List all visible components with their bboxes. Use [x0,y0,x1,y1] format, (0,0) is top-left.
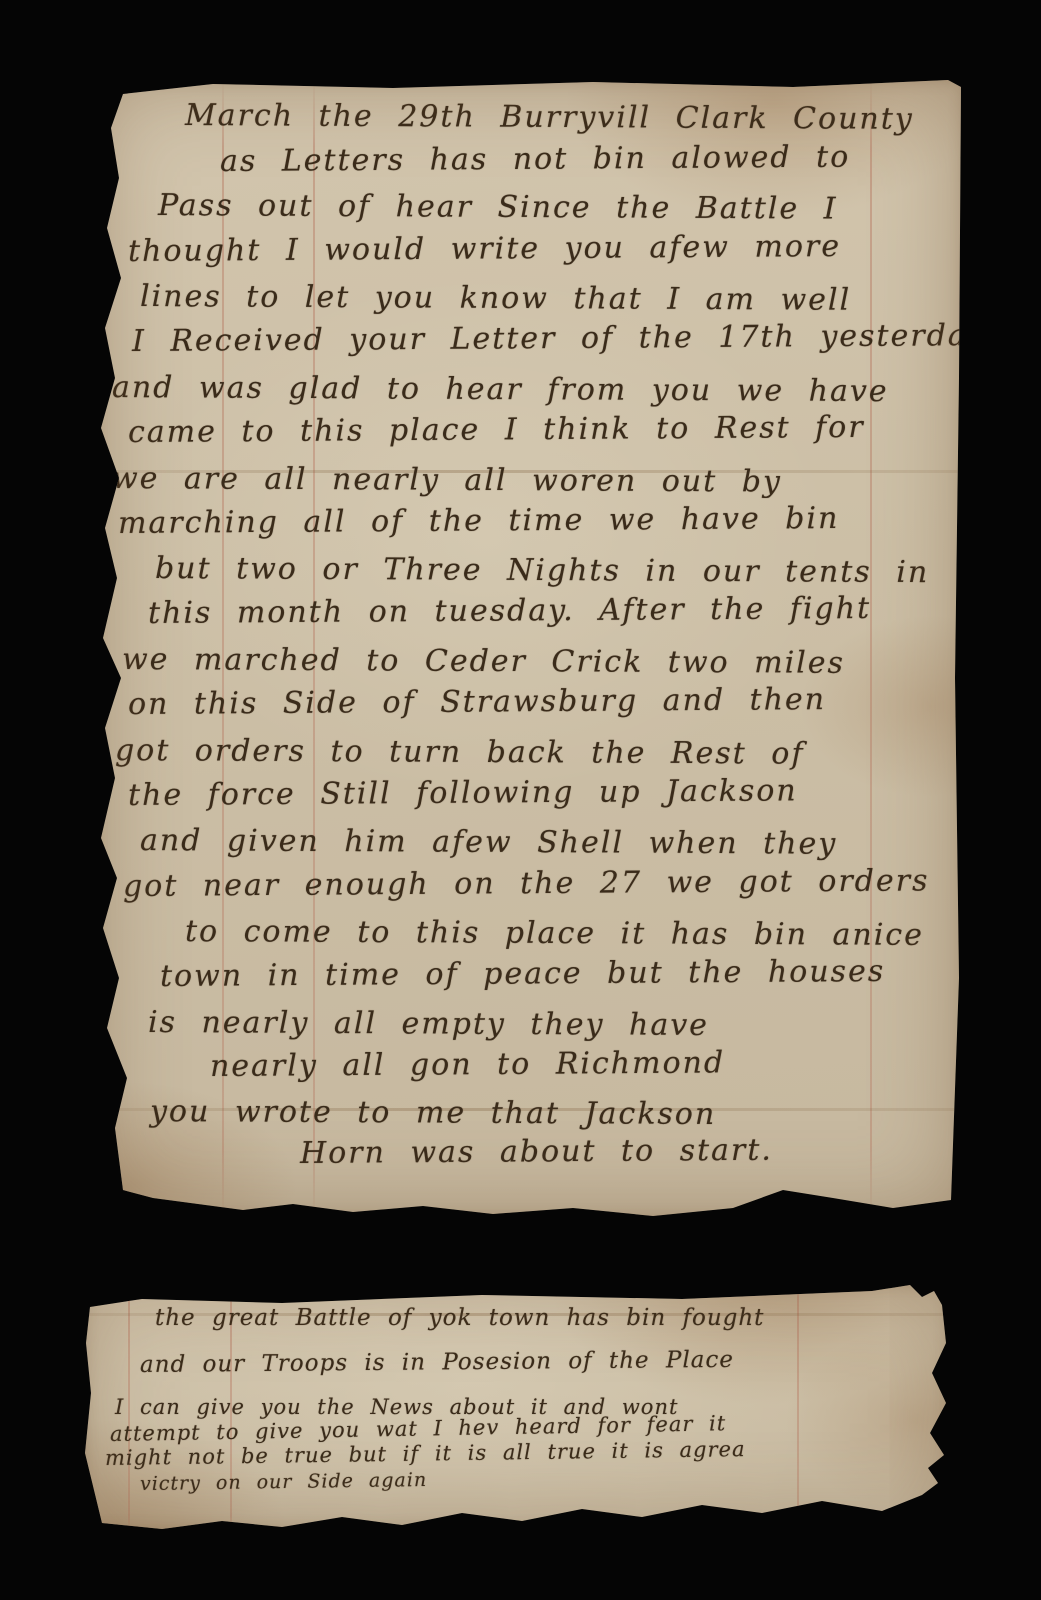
handwritten-line: on this Side of Strawsburg and then [128,682,826,722]
handwritten-line: thought I would write you afew more [128,229,841,269]
handwritten-line: to come to this place it has bin anice [185,914,924,953]
handwritten-line: victry on our Side again [140,1469,427,1495]
handwritten-line: we marched to Ceder Crick two miles [122,642,845,681]
handwritten-line: nearly all gon to Richmond [210,1045,725,1084]
handwritten-line: marching all of the time we have bin [118,501,840,541]
handwritten-line: I Received your Letter of the 17th yeste… [132,318,987,359]
handwritten-line: lines to let you know that I am well [140,279,851,318]
handwritten-line: and our Troops is in Posesion of the Pla… [140,1347,734,1378]
handwritten-line: Horn was about to start. [300,1133,773,1171]
handwritten-line: the force Still following up Jackson [128,773,798,813]
handwritten-line: got orders to turn back the Rest of [115,733,805,772]
handwritten-line: as Letters has not bin alowed to [220,140,850,179]
letter-sheet-main: March the 29th Burryvill Clark County as… [93,78,965,1220]
red-margin-rule [870,78,872,1220]
handwritten-line: town in time of peace but the houses [160,954,885,994]
handwritten-line: this month on tuesday. After the fight [148,591,871,631]
photo-black-backdrop: { "colors": { "background": "#050505", "… [0,0,1041,1600]
handwritten-line: but two or Three Nights in our tents in [155,551,929,590]
red-margin-rule [797,1283,799,1531]
handwritten-line: and was glad to hear from you we have [112,370,889,409]
handwritten-line: the great Battle of yok town has bin fou… [155,1305,764,1331]
handwritten-line: March the 29th Burryvill Clark County [185,98,914,137]
handwritten-line: got near enough on the 27 we got orders [123,863,930,904]
handwritten-line: we are all nearly all woren out by [112,461,782,500]
letter-fragment-bottom: the great Battle of yok town has bin fou… [82,1283,950,1531]
handwritten-line: you wrote to me that Jackson [150,1094,716,1132]
handwritten-line: Pass out of hear Since the Battle I [158,188,838,227]
handwritten-line: came to this place I think to Rest for [128,410,865,450]
handwritten-line: and given him afew Shell when they [140,823,837,862]
handwritten-line: is nearly all empty they have [148,1005,709,1043]
